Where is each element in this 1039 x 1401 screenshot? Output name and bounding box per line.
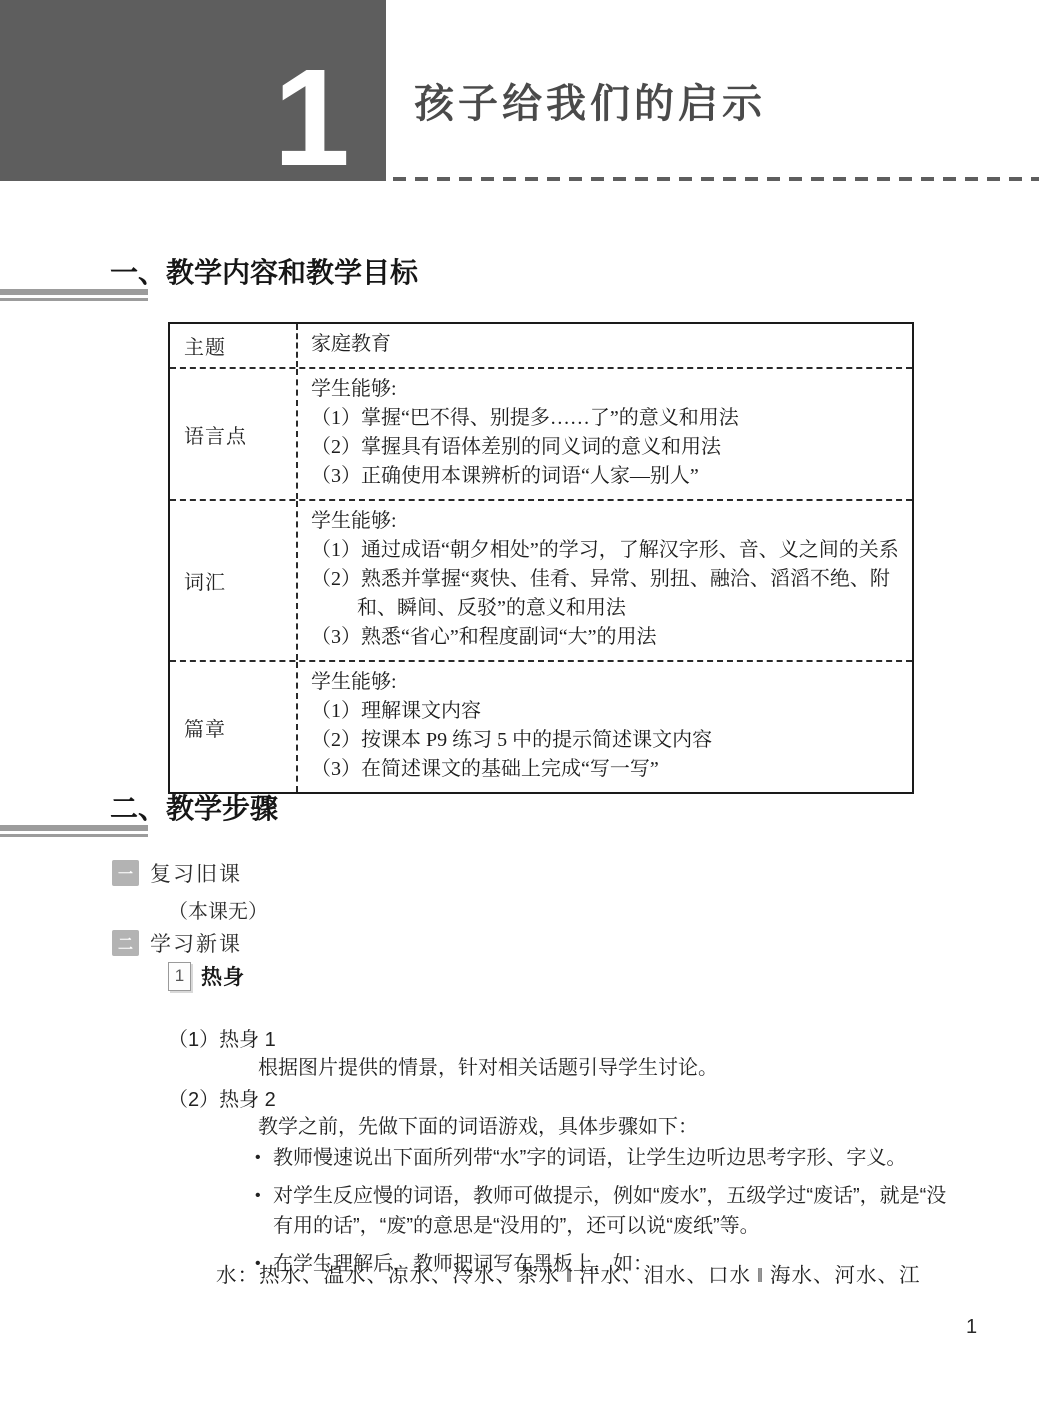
bullet-icon: • bbox=[255, 1143, 273, 1173]
step-learn-new-lesson: 二 学习新课 bbox=[112, 928, 242, 958]
row-label: 主题 bbox=[170, 324, 296, 367]
row-content: 学生能够: （1）理解课文内容 （2）按课本 P9 练习 5 中的提示简述课文内… bbox=[296, 662, 912, 792]
list-item: • 教师慢速说出下面所列带“水”字的词语，让学生边听边思考字形、字义。 bbox=[255, 1143, 961, 1173]
table-cell-line: （1）通过成语“朝夕相处”的学习，了解汉字形、音、义之间的关系 bbox=[311, 536, 900, 565]
blackboard-example-line: 水：热水、温水、凉水、冷水、茶水 ‖ 汗水、泪水、口水 ‖ 海水、河水、江 bbox=[216, 1258, 921, 1288]
step-review-note: （本课无） bbox=[168, 895, 268, 924]
bullet-icon: • bbox=[255, 1181, 273, 1241]
row-content: 学生能够: （1）掌握“巴不得、别提多……了”的意义和用法 （2）掌握具有语体差… bbox=[296, 369, 912, 499]
page-number: 1 bbox=[966, 1316, 977, 1339]
step-number-badge: 一 bbox=[112, 860, 139, 886]
warmup-item2-intro: 教学之前，先做下面的词语游戏，具体步骤如下： bbox=[258, 1110, 698, 1139]
table-cell-line: （3）熟悉“省心”和程度副词“大”的用法 bbox=[311, 623, 900, 652]
table-cell-line: 学生能够: bbox=[311, 375, 900, 404]
row-content: 家庭教育 bbox=[296, 324, 912, 367]
table-cell-line: 学生能够: bbox=[311, 507, 900, 536]
warmup-heading: 1 热身 bbox=[168, 961, 245, 991]
table-cell-line: （2）按课本 P9 练习 5 中的提示简述课文内容 bbox=[311, 726, 900, 755]
section2-heading: 二、教学步骤 bbox=[110, 787, 278, 827]
unit-number: 1 bbox=[273, 49, 350, 187]
warmup-item1-body: 根据图片提供的情景，针对相关话题引导学生讨论。 bbox=[258, 1051, 718, 1080]
section1-heading: 一、教学内容和教学目标 bbox=[110, 251, 418, 291]
unit-title: 孩子给我们的启示 bbox=[414, 72, 766, 129]
row-label: 语言点 bbox=[170, 369, 296, 499]
table-row-theme: 主题 家庭教育 bbox=[170, 324, 912, 367]
table-row-text: 篇章 学生能够: （1）理解课文内容 （2）按课本 P9 练习 5 中的提示简述… bbox=[170, 660, 912, 792]
heading-bar-thin-line bbox=[0, 834, 148, 837]
document-page: 1 孩子给我们的启示 一、教学内容和教学目标 主题 家庭教育 语言点 学生能够:… bbox=[0, 0, 1039, 1401]
warmup-number-badge: 1 bbox=[168, 962, 191, 991]
table-cell-line: （1）理解课文内容 bbox=[311, 697, 900, 726]
step-number-badge: 二 bbox=[112, 930, 139, 956]
table-cell-line: 家庭教育 bbox=[311, 330, 900, 359]
table-cell-line: （1）掌握“巴不得、别提多……了”的意义和用法 bbox=[311, 404, 900, 433]
warmup-item2-label: （2）热身 2 bbox=[168, 1083, 276, 1112]
warmup-title: 热身 bbox=[201, 961, 245, 991]
table-row-vocabulary: 词汇 学生能够: （1）通过成语“朝夕相处”的学习，了解汉字形、音、义之间的关系… bbox=[170, 499, 912, 660]
table-cell-line: （2）掌握具有语体差别的同义词的意义和用法 bbox=[311, 433, 900, 462]
step-review-old-lesson: 一 复习旧课 bbox=[112, 858, 242, 888]
list-item: • 对学生反应慢的词语，教师可做提示，例如“废水”，五级学过“废话”，就是“没有… bbox=[255, 1181, 961, 1241]
step-title: 复习旧课 bbox=[150, 858, 242, 888]
table-cell-line: （2）熟悉并掌握“爽快、佳肴、异常、别扭、融洽、滔滔不绝、附和、瞬间、反驳”的意… bbox=[311, 565, 900, 623]
bullet-text: 对学生反应慢的词语，教师可做提示，例如“废水”，五级学过“废话”，就是“没有用的… bbox=[273, 1181, 961, 1241]
step-title: 学习新课 bbox=[150, 928, 242, 958]
table-row-language-points: 语言点 学生能够: （1）掌握“巴不得、别提多……了”的意义和用法 （2）掌握具… bbox=[170, 367, 912, 499]
unit-number-box: 1 bbox=[0, 0, 386, 181]
heading-bar-thin-line bbox=[0, 298, 148, 301]
teaching-goals-table: 主题 家庭教育 语言点 学生能够: （1）掌握“巴不得、别提多……了”的意义和用… bbox=[168, 322, 914, 794]
table-cell-line: （3）在简述课文的基础上完成“写一写” bbox=[311, 755, 900, 784]
row-content: 学生能够: （1）通过成语“朝夕相处”的学习，了解汉字形、音、义之间的关系 （2… bbox=[296, 501, 912, 660]
bullet-text: 教师慢速说出下面所列带“水”字的词语，让学生边听边思考字形、字义。 bbox=[273, 1143, 906, 1173]
warmup-item1-label: （1）热身 1 bbox=[168, 1023, 276, 1052]
table-cell-line: 学生能够: bbox=[311, 668, 900, 697]
header-dashed-rule bbox=[393, 177, 1039, 181]
row-label: 篇章 bbox=[170, 662, 296, 792]
table-cell-line: （3）正确使用本课辨析的词语“人家—别人” bbox=[311, 462, 900, 491]
row-label: 词汇 bbox=[170, 501, 296, 660]
